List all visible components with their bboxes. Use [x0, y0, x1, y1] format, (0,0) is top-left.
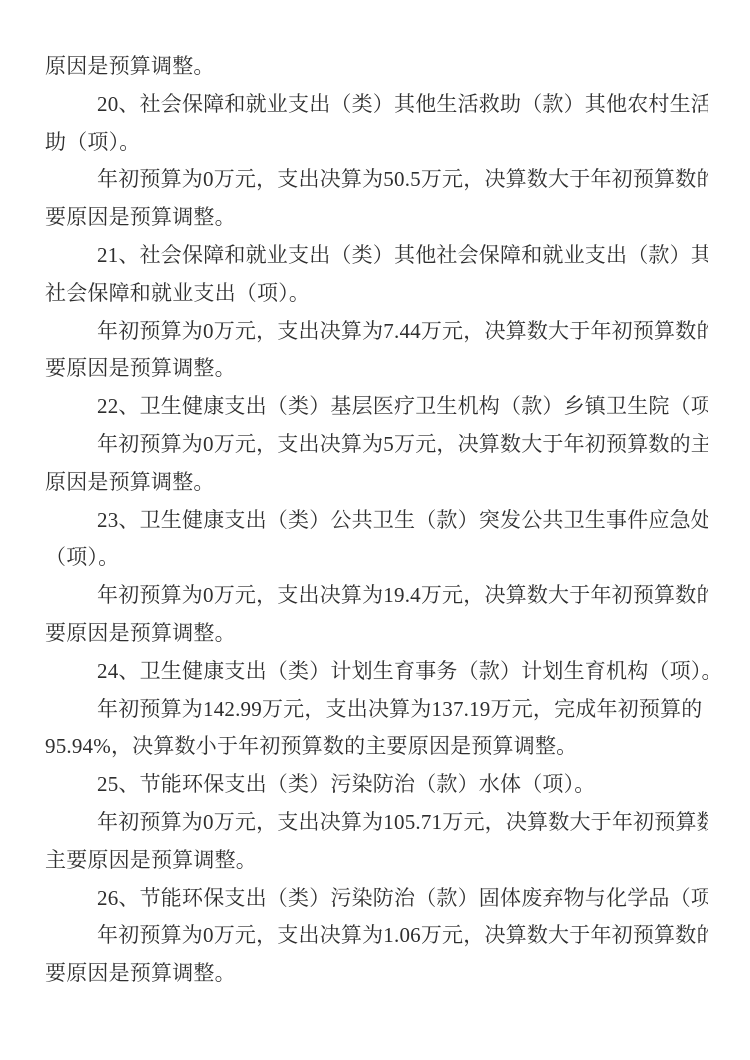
text-line: 24、卫生健康支出（类）计划生育事务（款）计划生育机构（项）。: [45, 653, 708, 691]
text-line: 95.94%，决算数小于年初预算数的主要原因是预算调整。: [45, 728, 708, 766]
text-line: 要原因是预算调整。: [45, 350, 708, 388]
text-line: 25、节能环保支出（类）污染防治（款）水体（项）。: [45, 766, 708, 804]
text-line: 年初预算为142.99万元，支出决算为137.19万元，完成年初预算的: [45, 691, 708, 729]
text-line: 26、节能环保支出（类）污染防治（款）固体废弃物与化学品（项）。: [45, 880, 708, 918]
text-line: 年初预算为0万元，支出决算为7.44万元，决算数大于年初预算数的主: [45, 313, 708, 351]
document-page: 原因是预算调整。20、社会保障和就业支出（类）其他生活救助（款）其他农村生活救助…: [0, 0, 750, 1060]
text-line: 20、社会保障和就业支出（类）其他生活救助（款）其他农村生活救: [45, 86, 708, 124]
text-line: 22、卫生健康支出（类）基层医疗卫生机构（款）乡镇卫生院（项）。: [45, 388, 708, 426]
text-line: 年初预算为0万元，支出决算为5万元，决算数大于年初预算数的主要: [45, 426, 708, 464]
text-line: 社会保障和就业支出（项）。: [45, 275, 708, 313]
text-line: 要原因是预算调整。: [45, 199, 708, 237]
text-line: 年初预算为0万元，支出决算为19.4万元，决算数大于年初预算数的主: [45, 577, 708, 615]
text-line: 助（项）。: [45, 124, 708, 162]
text-line: 原因是预算调整。: [45, 464, 708, 502]
text-line: 要原因是预算调整。: [45, 955, 708, 993]
text-line: 原因是预算调整。: [45, 48, 708, 86]
text-line: 主要原因是预算调整。: [45, 842, 708, 880]
text-line: 要原因是预算调整。: [45, 615, 708, 653]
text-line: 23、卫生健康支出（类）公共卫生（款）突发公共卫生事件应急处理: [45, 502, 708, 540]
text-line: 年初预算为0万元，支出决算为105.71万元，决算数大于年初预算数的: [45, 804, 708, 842]
document-body: { "colors": { "background": "#ffffff", "…: [0, 0, 750, 1060]
text-line: 年初预算为0万元，支出决算为50.5万元，决算数大于年初预算数的主: [45, 161, 708, 199]
text-line: 年初预算为0万元，支出决算为1.06万元，决算数大于年初预算数的主: [45, 917, 708, 955]
text-line: （项）。: [45, 539, 708, 577]
text-line: 21、社会保障和就业支出（类）其他社会保障和就业支出（款）其他: [45, 237, 708, 275]
document-lines: 原因是预算调整。20、社会保障和就业支出（类）其他生活救助（款）其他农村生活救助…: [45, 48, 708, 993]
